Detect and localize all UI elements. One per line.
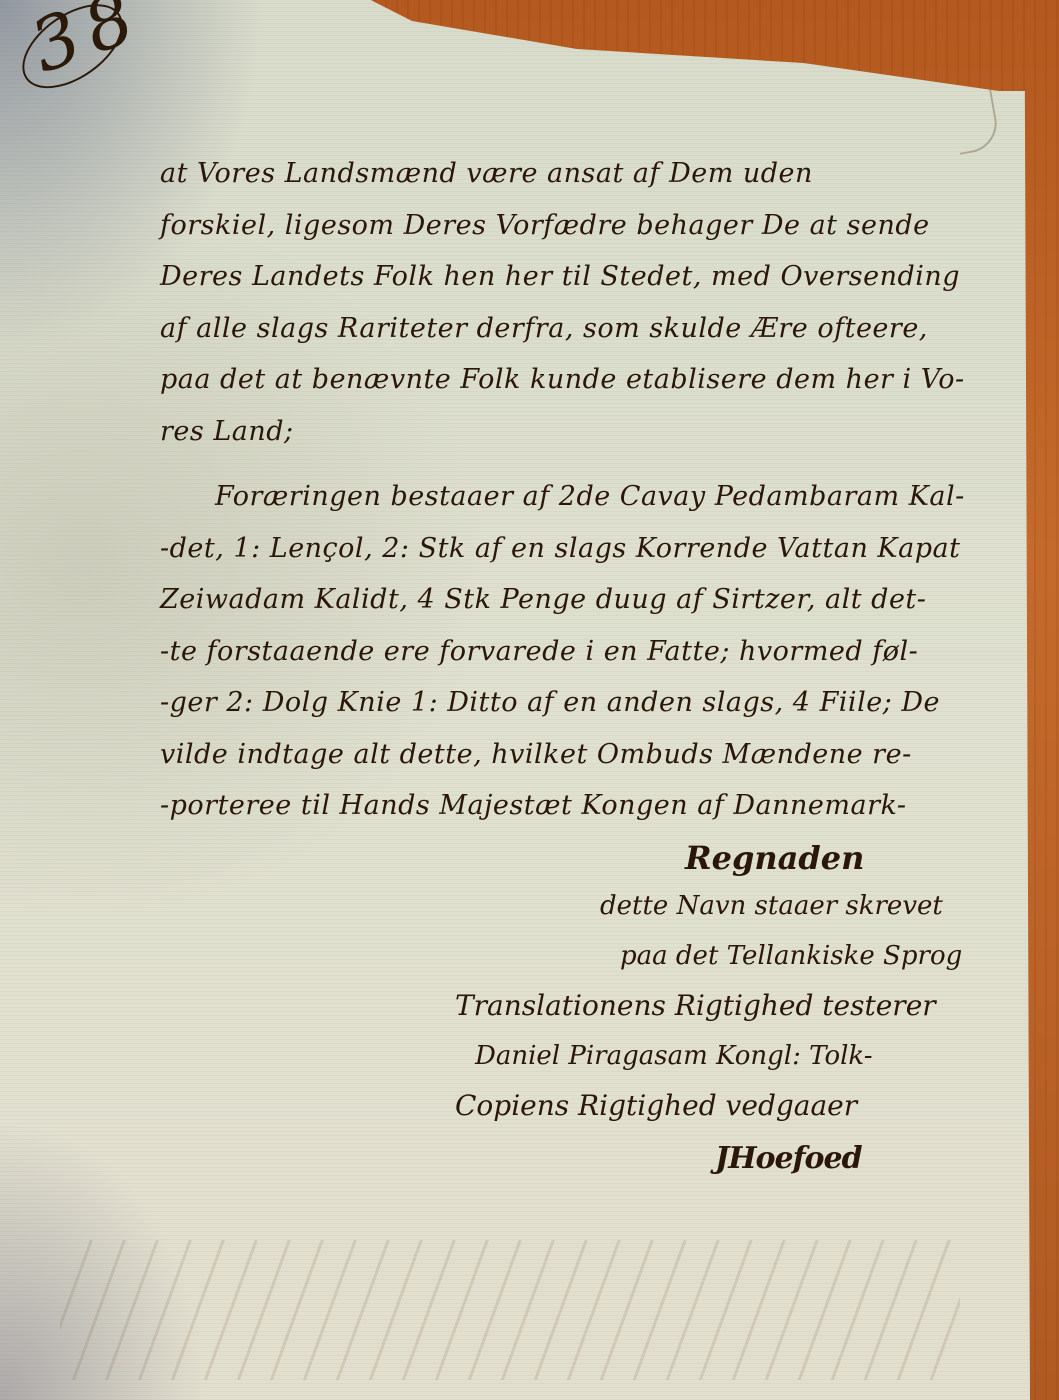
body-line: Deres Landets Folk hen her til Stedet, m… xyxy=(160,251,1030,303)
signature-line: paa det Tellankiske Sprog xyxy=(620,931,1055,981)
body-line: vilde indtage alt dette, hvilket Ombuds … xyxy=(160,729,1030,781)
signature-block: Regnaden dette Navn staaer skrevet paa d… xyxy=(455,835,1055,1187)
paragraph-gap xyxy=(160,457,1030,471)
body-line: -det, 1: Lençol, 2: Stk af en slags Korr… xyxy=(160,523,1030,575)
signature-line: Translationens Rigtighed testerer xyxy=(455,981,1055,1031)
signature-title: Regnaden xyxy=(685,835,1055,881)
letter-body: at Vores Landsmænd være ansat af Dem ude… xyxy=(160,148,1030,832)
body-line: paa det at benævnte Folk kunde etabliser… xyxy=(160,354,1030,406)
body-line: at Vores Landsmænd være ansat af Dem ude… xyxy=(160,148,1030,200)
signature-line: Daniel Piragasam Kongl: Tolk- xyxy=(475,1031,1055,1081)
manuscript-page: 38 at Vores Landsmænd være ansat af Dem … xyxy=(0,0,1030,1400)
signature-line: Copiens Rigtighed vedgaaer xyxy=(455,1081,1055,1131)
page-number: 38 xyxy=(20,0,154,89)
body-line: af alle slags Rariteter derfra, som skul… xyxy=(160,303,1030,355)
body-line: res Land; xyxy=(160,406,1030,458)
ink-bleedthrough xyxy=(60,1240,960,1380)
body-line: -ger 2: Dolg Knie 1: Ditto af en anden s… xyxy=(160,677,1030,729)
signature-line: dette Navn staaer skrevet xyxy=(600,881,1055,931)
body-line: -te forstaaende ere forvarede i en Fatte… xyxy=(160,626,1030,678)
handwritten-signature: JHoefoed xyxy=(715,1131,1055,1187)
body-line: -porteree til Hands Majestæt Kongen af D… xyxy=(160,780,1030,832)
body-line: forskiel, ligesom Deres Vorfædre behager… xyxy=(160,200,1030,252)
body-line: Foræringen bestaaer af 2de Cavay Pedamba… xyxy=(160,471,1030,523)
body-line: Zeiwadam Kalidt, 4 Stk Penge duug af Sir… xyxy=(160,574,1030,626)
